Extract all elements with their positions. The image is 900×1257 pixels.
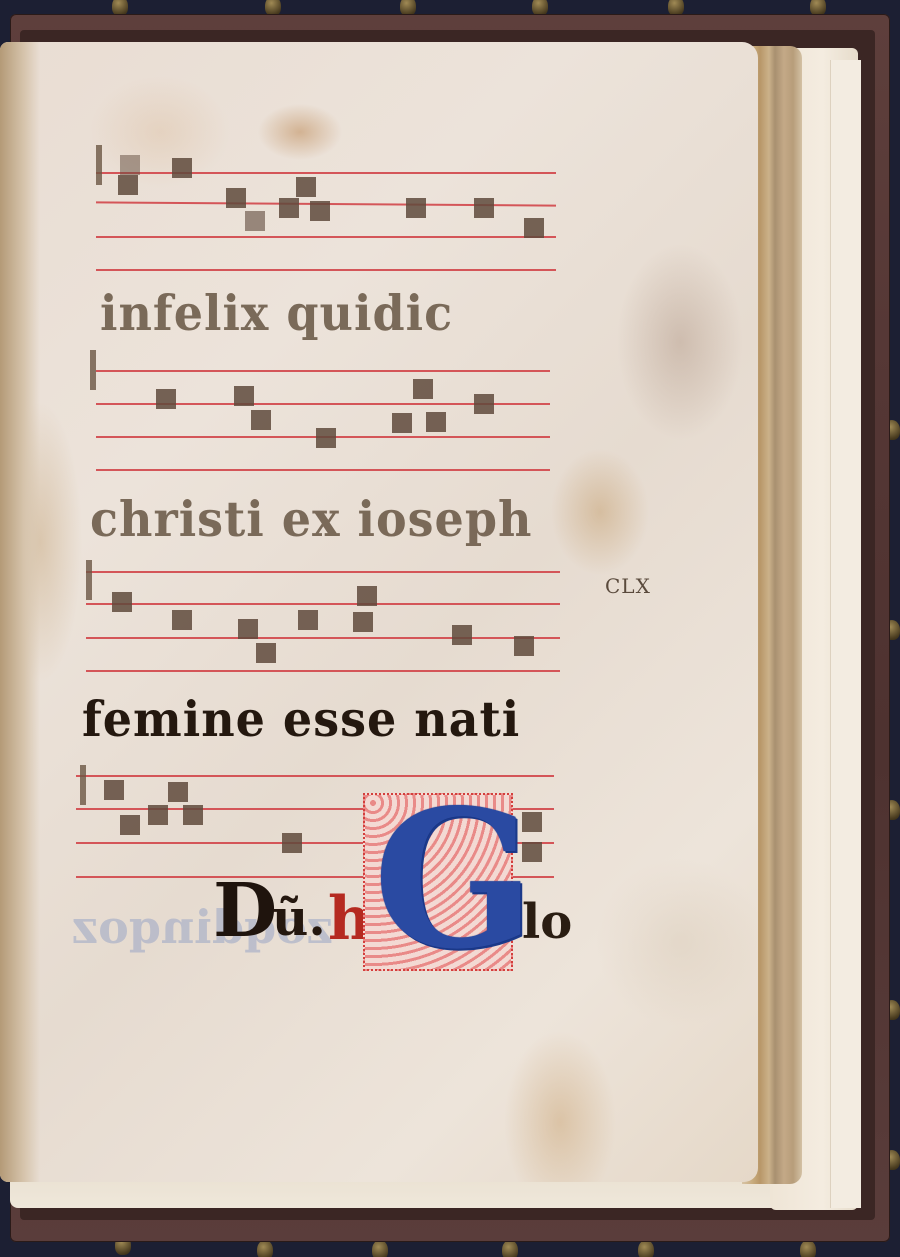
neume-note: [413, 379, 433, 399]
neume-note: [353, 612, 373, 632]
neume-note: [426, 412, 446, 432]
staff-line: [86, 670, 560, 672]
neume-note: [452, 625, 472, 645]
brass-stud-icon: [372, 1240, 388, 1257]
lyric-line-2: christi ex ioseph: [90, 491, 532, 548]
neume-note: [118, 175, 138, 195]
neume-note: [298, 610, 318, 630]
brass-stud-icon: [257, 1240, 273, 1257]
neume-note: [251, 410, 271, 430]
neume-note: [112, 592, 132, 612]
neume-note: [156, 389, 176, 409]
neume-note: [392, 413, 412, 433]
neume-note: [282, 833, 302, 853]
neume-note: [172, 610, 192, 630]
staff-line: [86, 603, 560, 605]
neume-note: [183, 805, 203, 825]
lyric-io: lo: [522, 894, 572, 950]
manuscript-scene: infelix quidic christi ex ioseph femi: [0, 0, 900, 1257]
lyric-du: ũ.: [272, 888, 326, 947]
brass-stud-icon: [800, 1240, 816, 1257]
clef-icon: [90, 350, 96, 390]
neume-note: [120, 155, 140, 175]
parchment-page: [0, 42, 758, 1182]
staff-line: [86, 571, 560, 573]
staff-line: [96, 236, 556, 238]
staff-line: [96, 172, 556, 174]
neume-note: [316, 428, 336, 448]
staff-line: [96, 469, 550, 471]
neume-note: [120, 815, 140, 835]
right-flyleaf-edge: [830, 60, 861, 1208]
clef-icon: [96, 145, 102, 185]
neume-note: [256, 643, 276, 663]
page-gutter: [0, 42, 40, 1182]
neume-note: [357, 586, 377, 606]
clef-icon: [80, 765, 86, 805]
neume-note: [148, 805, 168, 825]
brass-stud-icon: [502, 1240, 518, 1257]
neume-note: [234, 386, 254, 406]
neume-note: [514, 636, 534, 656]
neume-note: [310, 201, 330, 221]
neume-note: [172, 158, 192, 178]
staff-line: [86, 637, 560, 639]
staff-line: [96, 370, 550, 372]
brass-stud-icon: [638, 1240, 654, 1257]
folio-number: CLX: [605, 574, 651, 598]
neume-note: [226, 188, 246, 208]
neume-note: [104, 780, 124, 800]
neume-note: [238, 619, 258, 639]
neume-note: [524, 218, 544, 238]
neume-note: [279, 198, 299, 218]
neume-note: [474, 394, 494, 414]
neume-note: [245, 211, 265, 231]
neume-note: [474, 198, 494, 218]
clef-icon: [86, 560, 92, 600]
staff-line: [96, 269, 556, 271]
neume-note: [168, 782, 188, 802]
neume-note: [406, 198, 426, 218]
cadel-initial-d: D: [213, 868, 277, 954]
lyric-line-3: femine esse nati: [82, 691, 520, 748]
lyric-line-1: infelix quidic: [100, 285, 453, 342]
illuminated-initial-g: G: [373, 790, 503, 970]
neume-note: [296, 177, 316, 197]
